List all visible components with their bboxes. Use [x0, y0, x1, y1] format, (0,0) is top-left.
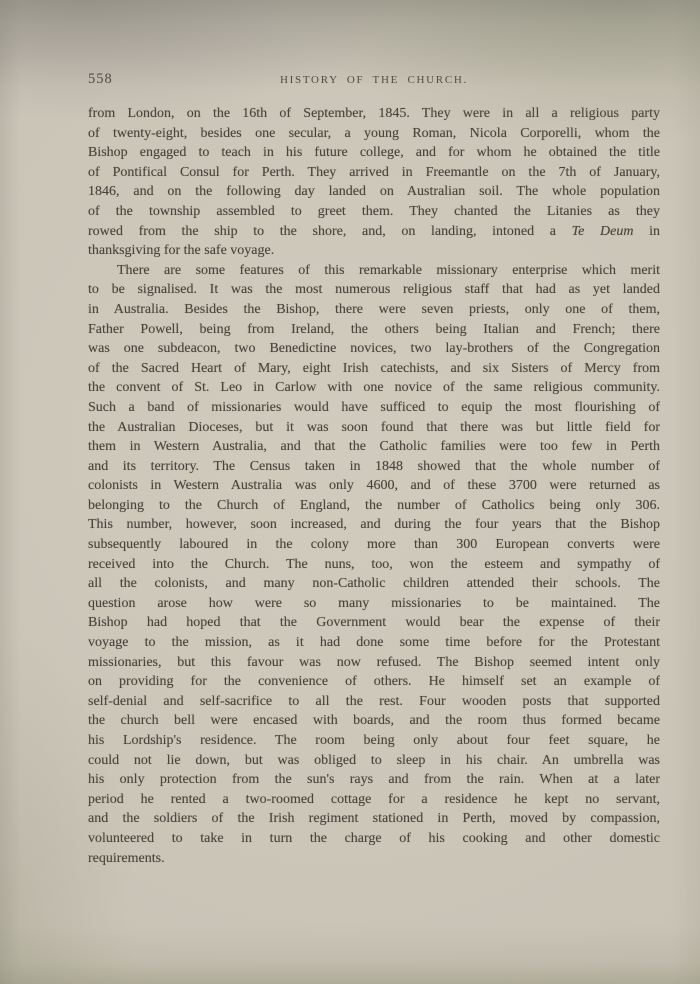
- text-line: thanksgiving for the safe voyage.: [88, 241, 660, 261]
- text-segment: of twenty-eight, besides one secular, a …: [88, 126, 660, 141]
- text-segment: Father Powell, being from Ireland, the o…: [88, 322, 660, 337]
- text-segment: Such a band of missionaries would have s…: [88, 400, 660, 415]
- text-line: period he rented a two-roomed cottage fo…: [88, 790, 660, 810]
- scanned-book-page: 558 HISTORY OF THE CHURCH. from London, …: [0, 0, 700, 984]
- text-segment: Bishop had hoped that the Government wou…: [88, 615, 660, 630]
- text-line: his only protection from the sun's rays …: [88, 770, 660, 790]
- text-segment: the church bell were encased with boards…: [88, 713, 660, 728]
- paragraph: from London, on the 16th of September, 1…: [88, 104, 660, 261]
- text-line: volunteered to take in turn the charge o…: [88, 829, 660, 849]
- text-line: This number, however, soon increased, an…: [88, 515, 660, 535]
- text-segment: self-denial and self-sacrifice to all th…: [88, 694, 660, 709]
- italic-text-segment: Te Deum: [572, 224, 634, 239]
- text-segment: thanksgiving for the safe voyage.: [88, 243, 274, 258]
- text-line: his Lordship's residence. The room being…: [88, 731, 660, 751]
- text-segment: was one subdeacon, two Benedictine novic…: [88, 341, 660, 356]
- text-segment: of the Sacred Heart of Mary, eight Irish…: [88, 361, 660, 376]
- text-line: on providing for the convenience of othe…: [88, 672, 660, 692]
- text-line: Bishop had hoped that the Government wou…: [88, 613, 660, 633]
- text-segment: belonging to the Church of England, the …: [88, 498, 660, 513]
- text-segment: them in Western Australia, and that the …: [88, 439, 660, 454]
- text-line: Bishop engaged to teach in his future co…: [88, 143, 660, 163]
- text-line: to be signalised. It was the most numero…: [88, 280, 660, 300]
- text-line: and the soldiers of the Irish regiment s…: [88, 809, 660, 829]
- text-segment: of Pontifical Consul for Perth. They arr…: [88, 165, 660, 180]
- page-header: 558 HISTORY OF THE CHURCH.: [88, 71, 660, 89]
- text-line: 1846, and on the following day landed on…: [88, 182, 660, 202]
- text-segment: all the colonists, and many non-Catholic…: [88, 576, 660, 591]
- text-line: all the colonists, and many non-Catholic…: [88, 574, 660, 594]
- text-line: and its territory. The Census taken in 1…: [88, 457, 660, 477]
- text-segment: period he rented a two-roomed cottage fo…: [88, 792, 660, 807]
- text-line: of the Sacred Heart of Mary, eight Irish…: [88, 359, 660, 379]
- text-line: from London, on the 16th of September, 1…: [88, 104, 660, 124]
- text-segment: and its territory. The Census taken in 1…: [88, 459, 660, 474]
- text-segment: could not lie down, but was obliged to s…: [88, 753, 660, 768]
- text-segment: voyage to the mission, as it had done so…: [88, 635, 660, 650]
- text-line: could not lie down, but was obliged to s…: [88, 751, 660, 771]
- text-line: subsequently laboured in the colony more…: [88, 535, 660, 555]
- text-segment: of the township assembled to greet them.…: [88, 204, 660, 219]
- text-segment: to be signalised. It was the most numero…: [88, 282, 660, 297]
- text-segment: the convent of St. Leo in Carlow with on…: [88, 380, 660, 395]
- text-line: of Pontifical Consul for Perth. They arr…: [88, 163, 660, 183]
- text-segment: subsequently laboured in the colony more…: [88, 537, 660, 552]
- text-segment: Bishop engaged to teach in his future co…: [88, 145, 660, 160]
- running-title: HISTORY OF THE CHURCH.: [88, 74, 660, 86]
- text-segment: colonists in Western Australia was only …: [88, 478, 660, 493]
- text-line: of twenty-eight, besides one secular, a …: [88, 124, 660, 144]
- text-segment: received into the Church. The nuns, too,…: [88, 557, 660, 572]
- text-line: There are some features of this remarkab…: [88, 261, 660, 281]
- text-line: question arose how were so many missiona…: [88, 594, 660, 614]
- text-segment: in: [633, 224, 660, 239]
- text-line: self-denial and self-sacrifice to all th…: [88, 692, 660, 712]
- text-line: requirements.: [88, 849, 660, 869]
- text-line: Father Powell, being from Ireland, the o…: [88, 320, 660, 340]
- text-line: missionaries, but this favour was now re…: [88, 653, 660, 673]
- text-segment: the Australian Dioceses, but it was soon…: [88, 420, 660, 435]
- text-line: colonists in Western Australia was only …: [88, 476, 660, 496]
- text-segment: volunteered to take in turn the charge o…: [88, 831, 660, 846]
- text-segment: requirements.: [88, 851, 165, 866]
- text-segment: There are some features of this remarkab…: [117, 263, 660, 278]
- text-line: them in Western Australia, and that the …: [88, 437, 660, 457]
- text-segment: This number, however, soon increased, an…: [88, 517, 660, 532]
- text-segment: and the soldiers of the Irish regiment s…: [88, 811, 660, 826]
- text-line: was one subdeacon, two Benedictine novic…: [88, 339, 660, 359]
- text-line: belonging to the Church of England, the …: [88, 496, 660, 516]
- page-body: from London, on the 16th of September, 1…: [88, 104, 660, 868]
- text-segment: on providing for the convenience of othe…: [88, 674, 660, 689]
- text-segment: missionaries, but this favour was now re…: [88, 655, 660, 670]
- paragraph: There are some features of this remarkab…: [88, 261, 660, 868]
- text-line: in Australia. Besides the Bishop, there …: [88, 300, 660, 320]
- text-line: Such a band of missionaries would have s…: [88, 398, 660, 418]
- text-line: received into the Church. The nuns, too,…: [88, 555, 660, 575]
- text-line: of the township assembled to greet them.…: [88, 202, 660, 222]
- text-segment: his only protection from the sun's rays …: [88, 772, 660, 787]
- text-line: the Australian Dioceses, but it was soon…: [88, 418, 660, 438]
- text-segment: question arose how were so many missiona…: [88, 596, 660, 611]
- text-line: the church bell were encased with boards…: [88, 711, 660, 731]
- text-line: voyage to the mission, as it had done so…: [88, 633, 660, 653]
- text-segment: rowed from the ship to the shore, and, o…: [88, 224, 572, 239]
- text-segment: in Australia. Besides the Bishop, there …: [88, 302, 660, 317]
- text-segment: his Lordship's residence. The room being…: [88, 733, 660, 748]
- text-line: the convent of St. Leo in Carlow with on…: [88, 378, 660, 398]
- text-segment: from London, on the 16th of September, 1…: [88, 106, 660, 121]
- text-segment: 1846, and on the following day landed on…: [88, 184, 660, 199]
- text-line: rowed from the ship to the shore, and, o…: [88, 222, 660, 242]
